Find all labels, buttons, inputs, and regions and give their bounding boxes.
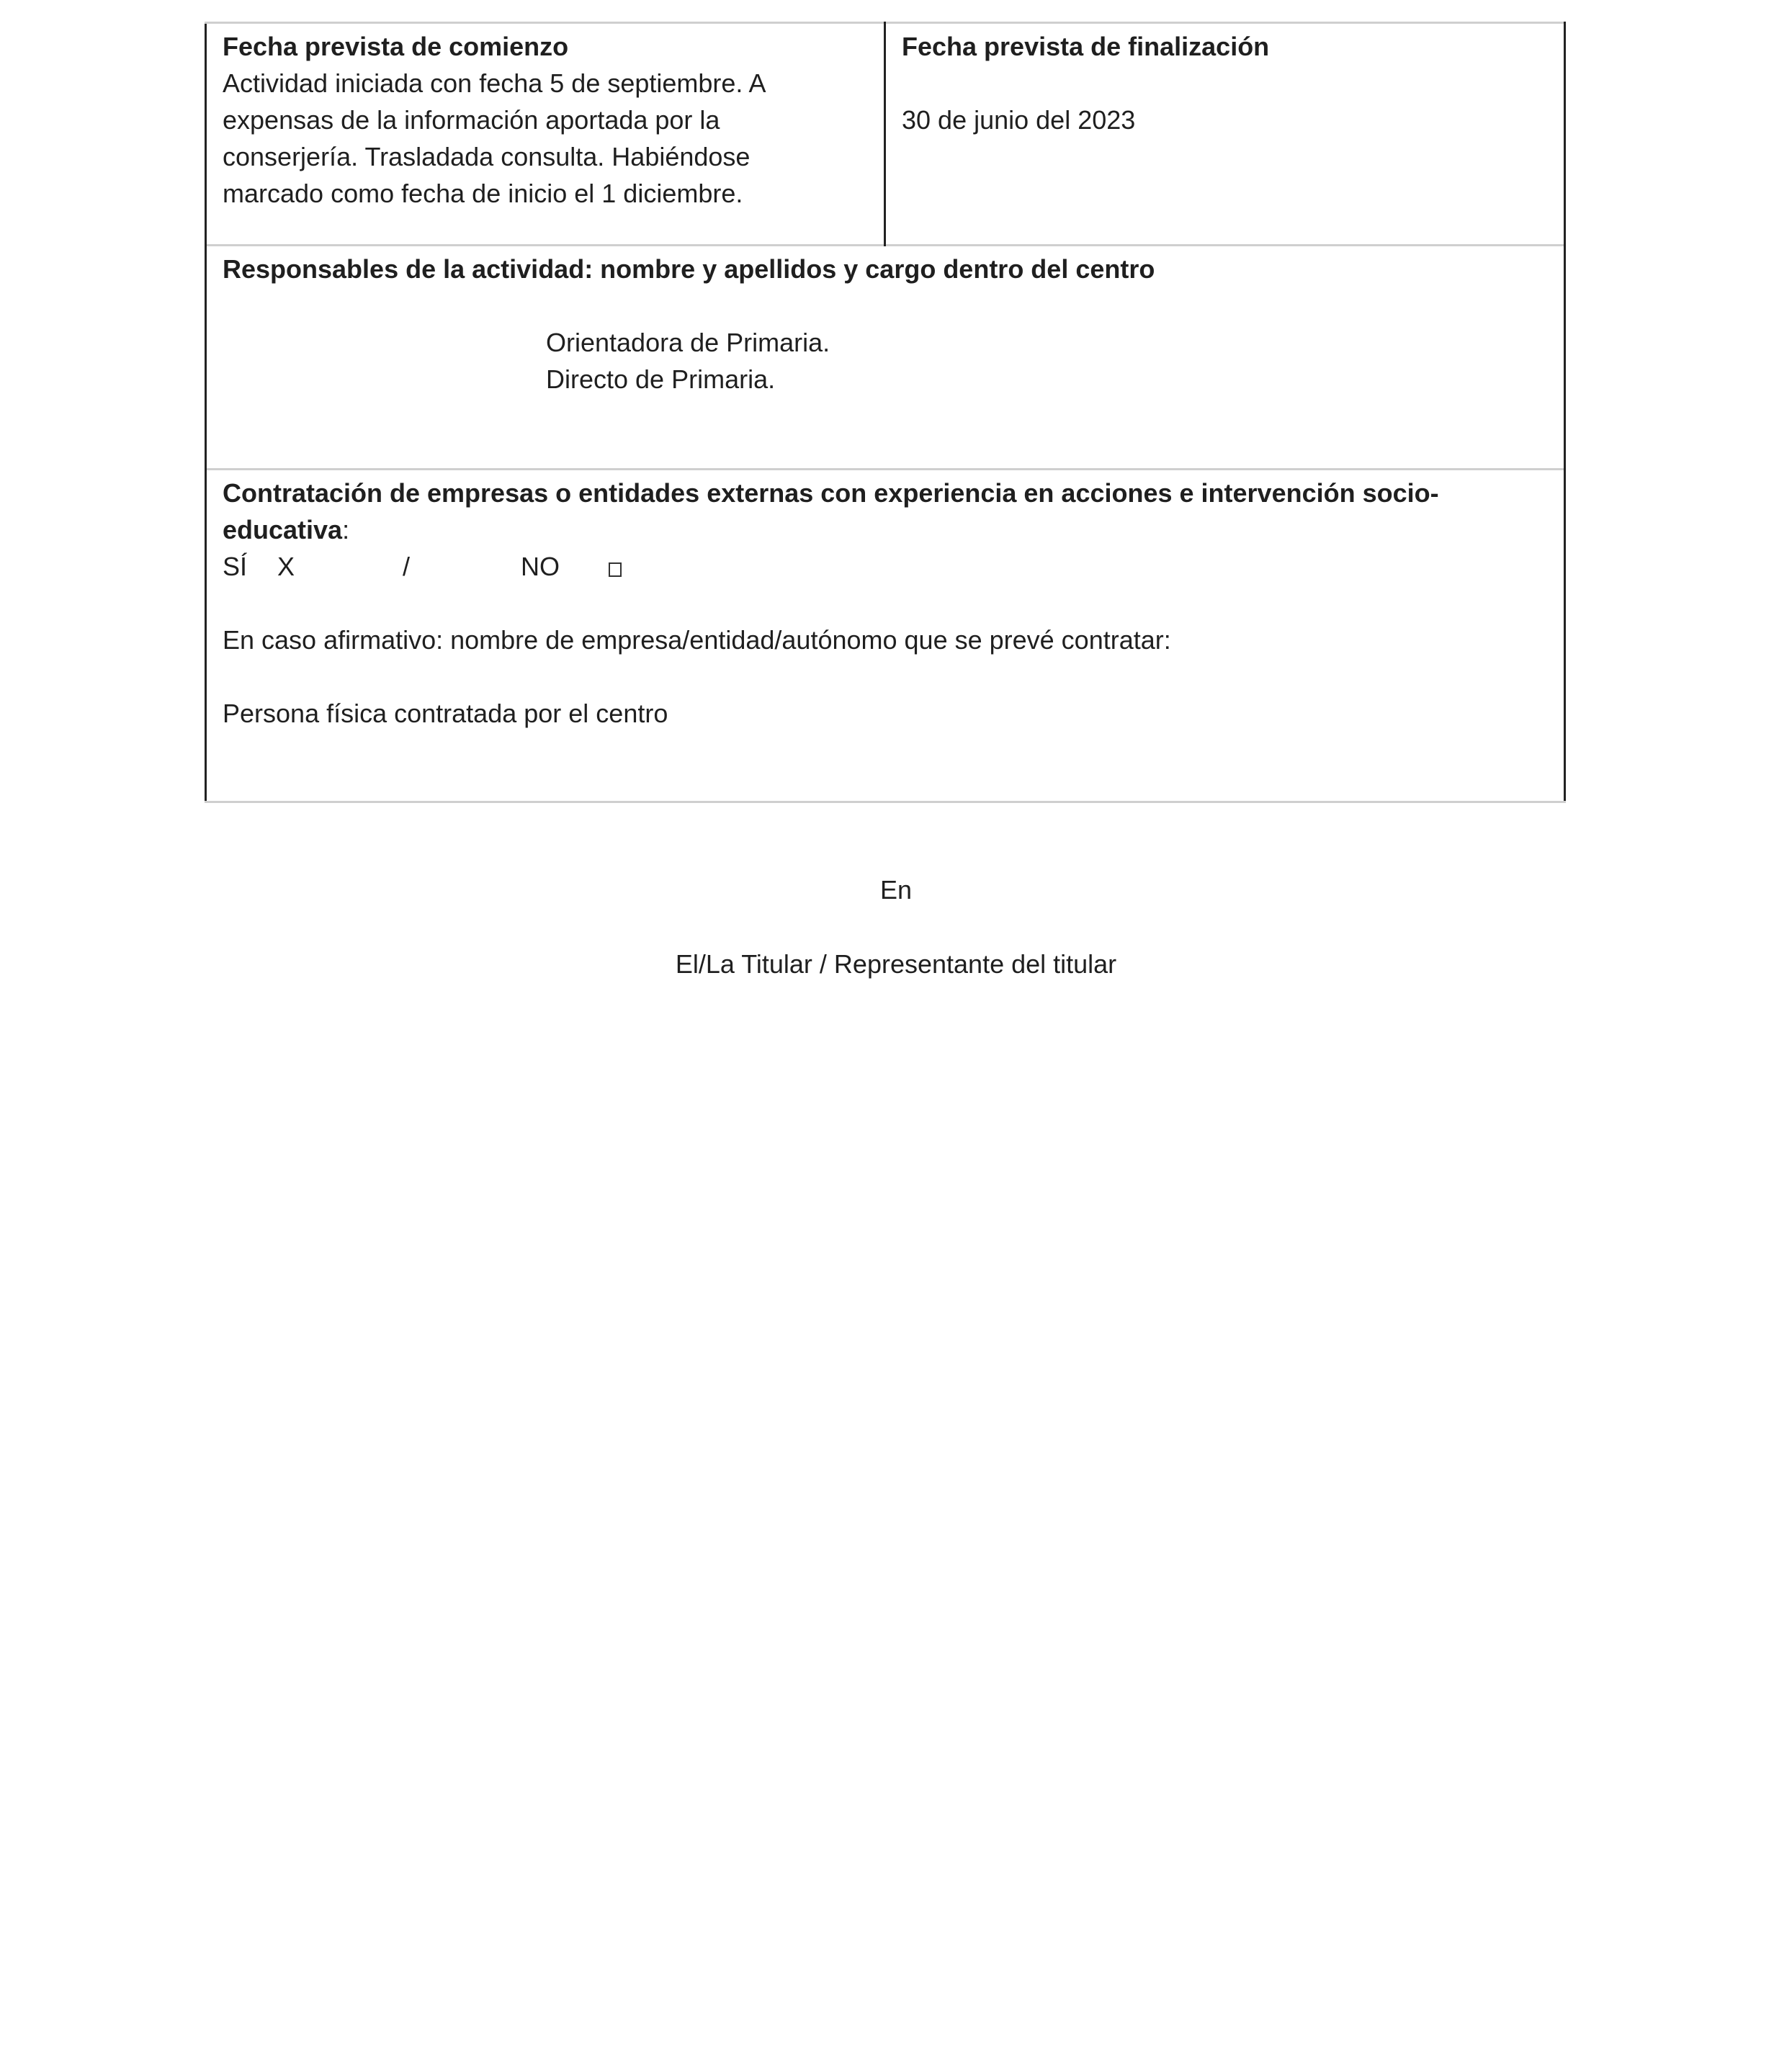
activity-form-table: Fecha prevista de comienzo Actividad ini… xyxy=(205,22,1566,803)
yes-no-choice: SÍX/NO xyxy=(223,548,1548,585)
followup-value: Persona física contratada por el centro xyxy=(223,695,1548,732)
responsible-item: Orientadora de Primaria. xyxy=(223,324,1548,361)
no-checkbox-icon[interactable] xyxy=(609,562,622,577)
start-date-line: conserjería. Trasladada consulta. Habién… xyxy=(223,138,868,175)
external-contracting-row: Contratación de empresas o entidades ext… xyxy=(206,470,1565,802)
yes-option-label: SÍ xyxy=(223,548,277,585)
start-date-line: marcado como fecha de inicio el 1 diciem… xyxy=(223,175,868,212)
signature-role: El/La Titular / Representante del titula… xyxy=(0,946,1792,982)
spacer xyxy=(223,287,1548,324)
spacer xyxy=(902,65,1548,102)
responsibles-label: Responsables de la actividad: nombre y a… xyxy=(223,251,1548,287)
start-date-line: expensas de la información aportada por … xyxy=(223,102,868,138)
label-colon: : xyxy=(342,515,349,544)
start-date-line: Actividad iniciada con fecha 5 de septie… xyxy=(223,65,868,102)
start-date-cell: Fecha prevista de comienzo Actividad ini… xyxy=(206,23,885,246)
end-date-cell: Fecha prevista de finalización 30 de jun… xyxy=(885,23,1565,246)
external-contracting-cell: Contratación de empresas o entidades ext… xyxy=(206,470,1565,802)
external-contracting-heading: Contratación de empresas o entidades ext… xyxy=(223,475,1548,548)
spacer xyxy=(223,658,1548,695)
option-separator: / xyxy=(403,548,521,585)
no-option-label: NO xyxy=(521,548,609,585)
signature-place: En xyxy=(0,871,1792,908)
responsibles-row: Responsables de la actividad: nombre y a… xyxy=(206,246,1565,470)
end-date-value: 30 de junio del 2023 xyxy=(902,102,1548,138)
start-date-label: Fecha prevista de comienzo xyxy=(223,28,868,65)
external-contracting-label: Contratación de empresas o entidades ext… xyxy=(223,478,1439,544)
end-date-label: Fecha prevista de finalización xyxy=(902,28,1548,65)
dates-row: Fecha prevista de comienzo Actividad ini… xyxy=(206,23,1565,246)
followup-label: En caso afirmativo: nombre de empresa/en… xyxy=(223,622,1548,658)
spacer xyxy=(223,585,1548,622)
responsible-item: Directo de Primaria. xyxy=(223,361,1548,398)
responsibles-cell: Responsables de la actividad: nombre y a… xyxy=(206,246,1565,470)
yes-checkmark[interactable]: X xyxy=(277,548,403,585)
